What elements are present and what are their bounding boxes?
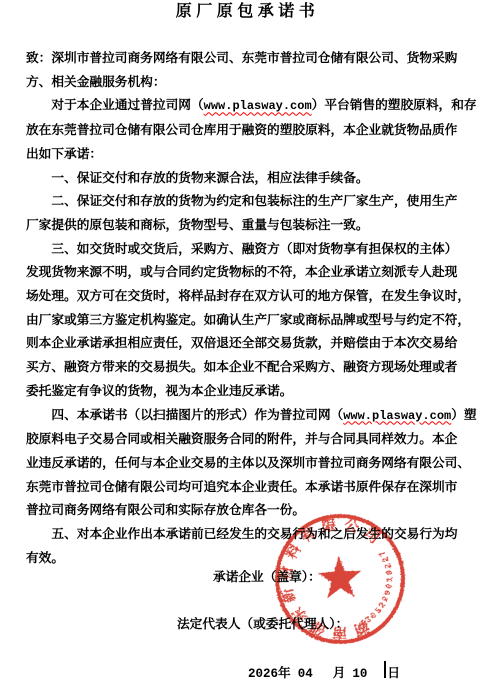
company-seal-label: 承诺企业（盖章）：	[213, 566, 321, 585]
text-segment: 四、本承诺书（以扫描图片的形式）作为普拉司网（	[51, 408, 343, 422]
text-segment: ）塑	[451, 408, 476, 422]
text-segment: 二、保证交付和存放的货物为约定和包装标注的生产厂家生产，使用生产	[51, 194, 457, 208]
text-segment: 胶原料电子交易合同或相关融资服务合同的附件，并与合同具同样效力。本企	[26, 432, 457, 446]
text-segment: 业违反承诺的，任何与本企业交易的主体以及深圳市普拉司商务网络有限公司、	[26, 456, 470, 470]
commitment-letter-page: 原厂原包承诺书 致：深圳市普拉司商务网络有限公司、东莞市普拉司仓储有限公司、货物…	[0, 3, 495, 690]
body-line: 发现货物来源不明，或与合同约定货物标的不符，本企业承诺立刻派专人赴现	[26, 261, 477, 285]
body-line: 五、对本企业作出本承诺前已经发生的交易行为和之后发生的交易行为均	[26, 523, 477, 547]
text-segment: 出如下承诺：	[26, 147, 102, 161]
page-title: 原厂原包承诺书	[0, 3, 495, 21]
body-line: 买方、融资方带来的交易损失。如本企业不配合采购方、融资方现场处理或者	[26, 356, 477, 380]
body-line: 厂家提供的原包装和商标，货物型号、重量与包装标注一致。	[26, 214, 477, 238]
url-text: www.plasway.com	[343, 409, 451, 423]
date-month[interactable]: 04	[298, 667, 313, 681]
body-line: 一、保证交付和存放的货物来源合法，相应法律手续备。	[26, 167, 477, 191]
text-segment: ）平台销售的塑胶原料，和存	[312, 98, 477, 112]
text-segment: 东莞市普拉司仓储有限公司均可追究本企业责任。本承诺书原件保存在深圳市	[26, 480, 457, 494]
text-cursor	[384, 661, 386, 678]
date-year[interactable]: 2026	[248, 667, 278, 681]
date-line: 2026年04月10日	[248, 662, 400, 681]
url-text: www.plasway.com	[204, 99, 312, 113]
body-line: 胶原料电子交易合同或相关融资服务合同的附件，并与合同具同样效力。本企	[26, 428, 477, 452]
text-segment: 则本企业承诺承担相应责任，双倍退还全部交易货款，并赔偿由于本次交易给	[26, 336, 457, 350]
document-body: 致：深圳市普拉司商务网络有限公司、东莞市普拉司仓储有限公司、货物采购方、相关金融…	[0, 47, 495, 570]
text-segment: 放在东莞普拉司仓储有限公司仓库用于融资的塑胶原料，本企业就货物品质作	[26, 123, 457, 137]
body-line: 业违反承诺的，任何与本企业交易的主体以及深圳市普拉司商务网络有限公司、	[26, 452, 477, 476]
body-line: 出如下承诺：	[26, 143, 477, 167]
body-line: 委托鉴定有争议的货物，视为本企业违反承诺。	[26, 380, 477, 404]
body-line: 放在东莞普拉司仓储有限公司仓库用于融资的塑胶原料，本企业就货物品质作	[26, 119, 477, 143]
body-line: 普拉司商务网络有限公司和实际存放仓库各一份。	[26, 499, 477, 523]
text-segment: 五、对本企业作出本承诺前已经发生的交易行为和之后发生的交易行为均	[51, 527, 457, 541]
text-segment: 有效。	[26, 551, 64, 565]
text-segment: 致：深圳市普拉司商务网络有限公司、东莞市普拉司仓储有限公司、货物采购	[26, 51, 457, 65]
text-segment: 场处理。双方可在交货时，将样品封存在双方认可的地方保管，在发生争议时，	[26, 289, 470, 303]
body-line: 三、如交货时或交货后，采购方、融资方（即对货物享有担保权的主体）	[26, 238, 477, 262]
text-segment: 厂家提供的原包装和商标，货物型号、重量与包装标注一致。	[26, 218, 369, 232]
text-segment: 买方、融资方带来的交易损失。如本企业不配合采购方、融资方现场处理或者	[26, 360, 457, 374]
body-line: 则本企业承诺承担相应责任，双倍退还全部交易货款，并赔偿由于本次交易给	[26, 332, 477, 356]
body-line: 东莞市普拉司仓储有限公司均可追究本企业责任。本承诺书原件保存在深圳市	[26, 476, 477, 500]
legal-representative-label: 法定代表人（或委托代理人）：	[177, 613, 348, 632]
body-line: 场处理。双方可在交货时，将样品封存在双方认可的地方保管，在发生争议时，	[26, 285, 477, 309]
text-segment: 方、相关金融服务机构：	[26, 75, 166, 89]
text-segment: 三、如交货时或交货后，采购方、融资方（即对货物享有担保权的主体）	[51, 242, 457, 256]
text-segment: 委托鉴定有争议的货物，视为本企业违反承诺。	[26, 384, 292, 398]
date-year-suffix: 年	[278, 666, 291, 680]
body-line: 由厂家或第三方鉴定机构鉴定。如确认生产厂家或商标品牌或型号与约定不符，	[26, 309, 477, 333]
date-month-suffix: 月	[333, 666, 346, 680]
body-line: 方、相关金融服务机构：	[26, 71, 477, 95]
body-line: 四、本承诺书（以扫描图片的形式）作为普拉司网（www.plasway.com）塑	[26, 404, 477, 429]
date-day-suffix: 日	[387, 666, 400, 680]
body-line: 二、保证交付和存放的货物为约定和包装标注的生产厂家生产，使用生产	[26, 190, 477, 214]
body-line: 致：深圳市普拉司商务网络有限公司、东莞市普拉司仓储有限公司、货物采购	[26, 47, 477, 71]
text-segment: 对于本企业通过普拉司网（	[51, 98, 203, 112]
date-day[interactable]: 10	[352, 667, 367, 681]
text-segment: 由厂家或第三方鉴定机构鉴定。如确认生产厂家或商标品牌或型号与约定不符，	[26, 313, 470, 327]
text-segment: 普拉司商务网络有限公司和实际存放仓库各一份。	[26, 503, 305, 517]
text-segment: 发现货物来源不明，或与合同约定货物标的不符，本企业承诺立刻派专人赴现	[26, 265, 457, 279]
text-segment: 一、保证交付和存放的货物来源合法，相应法律手续备。	[51, 171, 368, 185]
body-line: 对于本企业通过普拉司网（www.plasway.com）平台销售的塑胶原料，和存	[26, 94, 477, 119]
